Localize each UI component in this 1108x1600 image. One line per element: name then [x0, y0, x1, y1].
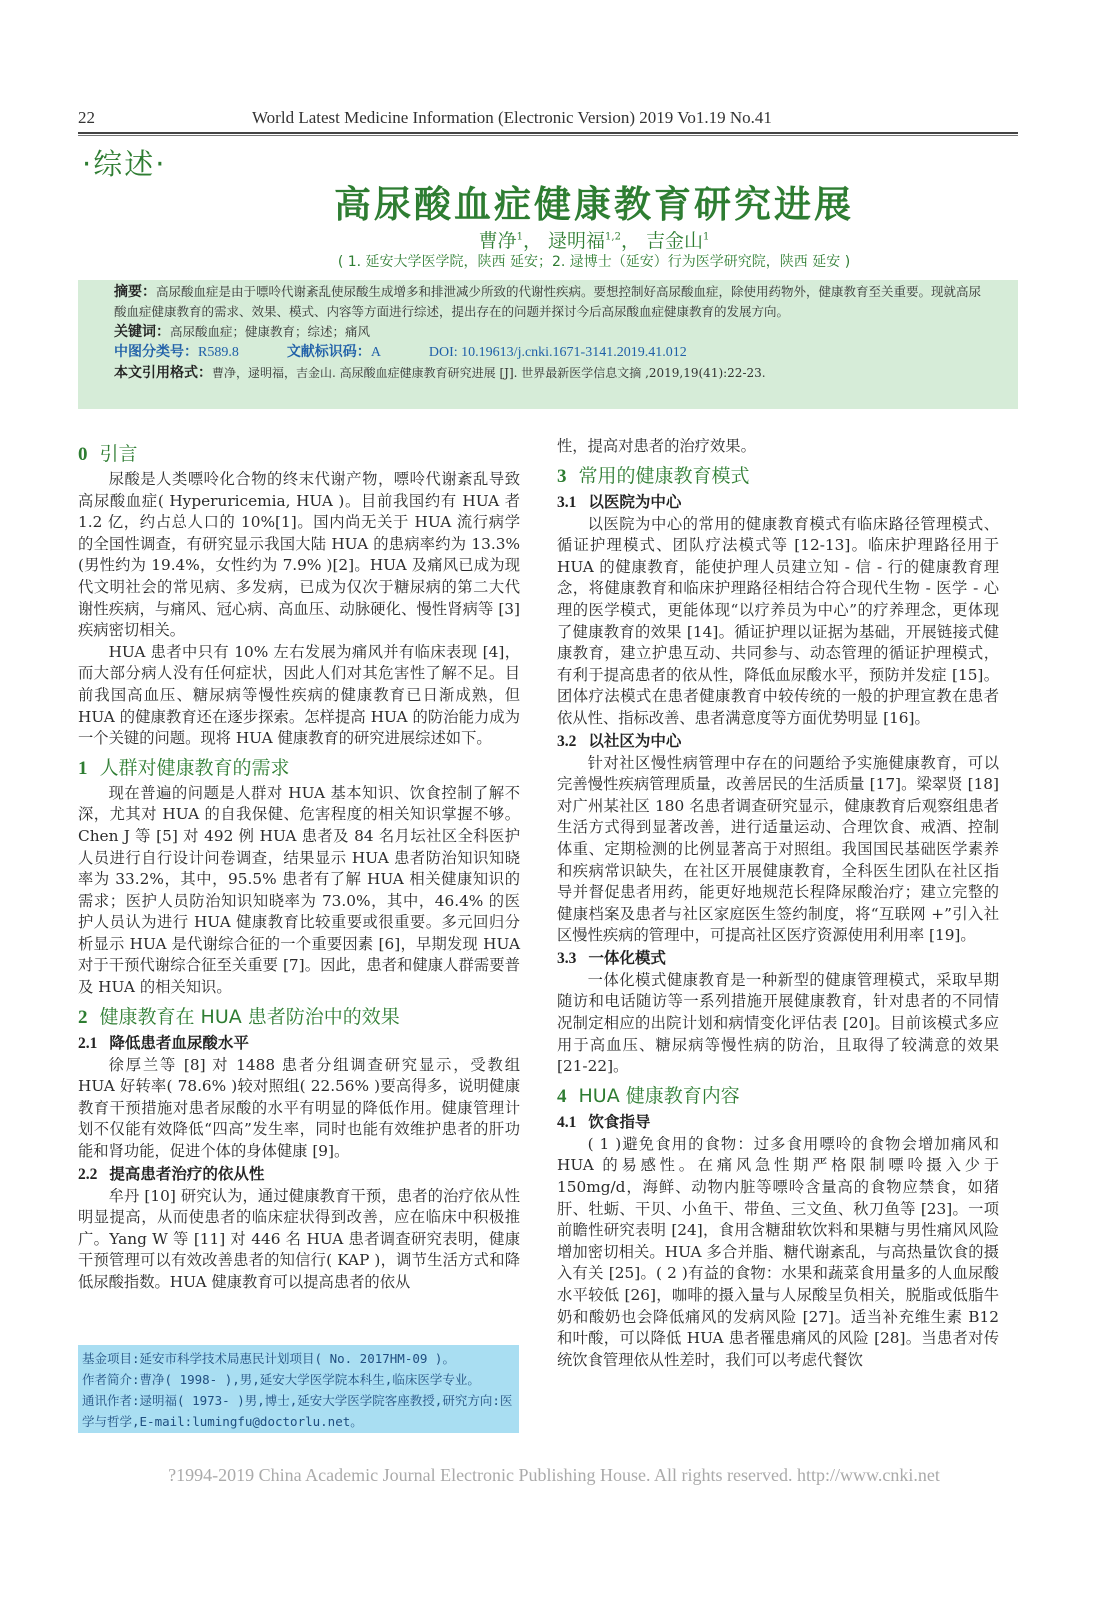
article-title: 高尿酸血症健康教育研究进展 [0, 174, 1108, 228]
citation-row: 本文引用格式：曹净，逯明福，吉金山. 高尿酸血症健康教育研究进展 [J]. 世界… [114, 363, 982, 383]
author-sup: 1 [703, 232, 709, 243]
abstract-text: 高尿酸血症是由于嘌呤代谢紊乱使尿酸生成增多和排泄减少所致的代谢性疾病。要想控制好… [114, 284, 981, 319]
subsection-heading: 2.2提高患者治疗的依从性 [78, 1163, 520, 1186]
section-number: 0 [78, 444, 88, 465]
subsection-heading: 3.1以医院为中心 [557, 491, 999, 514]
keywords-text: 高尿酸血症；健康教育；综述；痛风 [170, 324, 370, 339]
subsection-number: 4.1 [557, 1114, 576, 1131]
subsection-heading: 4.1饮食指导 [557, 1111, 999, 1134]
author-sup: 1 [517, 232, 523, 243]
subsection-title: 饮食指导 [588, 1113, 650, 1131]
section-heading: 0引言 [78, 441, 520, 468]
abstract-label: 摘要： [114, 284, 156, 300]
paragraph: 以医院为中心的常用的健康教育模式有临床路径管理模式、循证护理模式、团队疗法模式等… [557, 514, 999, 730]
keywords: 关键词：高尿酸血症；健康教育；综述；痛风 [114, 322, 982, 342]
section-heading: 2健康教育在 HUA 患者防治中的效果 [78, 1004, 520, 1031]
fund-info: 基金项目:延安市科学技术局惠民计划项目( No. 2017HM-09 )。 [82, 1348, 515, 1369]
copyright-footer: ?1994-2019 China Academic Journal Electr… [0, 1465, 1108, 1486]
section-number: 3 [557, 466, 567, 487]
subsection-number: 3.2 [557, 733, 576, 750]
doi: DOI: 10.19613/j.cnki.1671-3141.2019.41.0… [429, 345, 687, 360]
section-title: 健康教育在 HUA 患者防治中的效果 [100, 1006, 400, 1028]
section-title: 常用的健康教育模式 [579, 465, 750, 487]
section-heading: 3常用的健康教育模式 [557, 463, 999, 490]
subsection-heading: 3.2以社区为中心 [557, 730, 999, 753]
section-number: 4 [557, 1086, 567, 1107]
subsection-title: 降低患者血尿酸水平 [109, 1034, 249, 1052]
author-name: 逯明福 [548, 230, 605, 252]
citation-label: 本文引用格式： [114, 365, 212, 381]
authors: 曹净1， 逯明福1,2， 吉金山1 [0, 226, 1108, 253]
subsection-number: 3.3 [557, 950, 576, 967]
subsection-heading: 2.1降低患者血尿酸水平 [78, 1032, 520, 1055]
right-column: 性，提高对患者的治疗效果。 3常用的健康教育模式 3.1以医院为中心 以医院为中… [557, 436, 999, 1371]
subsection-number: 3.1 [557, 494, 576, 511]
subsection-number: 2.2 [78, 1166, 97, 1183]
section-title: 引言 [100, 443, 138, 465]
section-number: 1 [78, 758, 88, 779]
header-rule [78, 132, 1018, 136]
subsection-number: 2.1 [78, 1035, 97, 1052]
paragraph-continued: 性，提高对患者的治疗效果。 [557, 436, 999, 458]
citation-text: 曹净，逯明福，吉金山. 高尿酸血症健康教育研究进展 [J]. 世界最新医学信息文… [212, 366, 766, 380]
paragraph: ( 1 )避免食用的食物：过多食用嘌呤的食物会增加痛风和 HUA 的易感性。在痛… [557, 1134, 999, 1372]
paragraph: 一体化模式健康教育是一种新型的健康管理模式，采取早期随访和电话随访等一系列措施开… [557, 970, 999, 1078]
author-intro: 作者简介:曹净( 1998- ),男,延安大学医学院本科生,临床医学专业。 [82, 1369, 515, 1390]
clc-value: R589.8 [198, 345, 239, 360]
abstract-box: 摘要：高尿酸血症是由于嘌呤代谢紊乱使尿酸生成增多和排泄减少所致的代谢性疾病。要想… [78, 280, 1018, 409]
section-title: 人群对健康教育的需求 [100, 757, 290, 779]
subsection-title: 以社区为中心 [588, 732, 681, 750]
affiliations: ( 1. 延安大学医学院，陕西 延安；2. 逯博士（延安）行为医学研究院，陕西 … [0, 251, 1108, 271]
author-sup: 1,2 [605, 232, 621, 243]
funding-box: 基金项目:延安市科学技术局惠民计划项目( No. 2017HM-09 )。 作者… [78, 1345, 519, 1433]
subsection-title: 提高患者治疗的依从性 [109, 1165, 264, 1183]
subsection-title: 以医院为中心 [588, 493, 681, 511]
subsection-heading: 3.3一体化模式 [557, 947, 999, 970]
doc-code-label: 文献标识码： [287, 344, 371, 360]
paragraph: 牟丹 [10] 研究认为，通过健康教育干预，患者的治疗依从性明显提高，从而使患者… [78, 1186, 520, 1294]
author-name: 曹净 [479, 230, 517, 252]
paragraph: 现在普遍的问题是人群对 HUA 基本知识、饮食控制了解不深，尤其对 HUA 的自… [78, 783, 520, 999]
author-name: 吉金山 [646, 230, 703, 252]
keywords-label: 关键词： [114, 324, 170, 340]
subsection-title: 一体化模式 [588, 949, 666, 967]
section-title: HUA 健康教育内容 [579, 1085, 740, 1107]
doc-code-value: A [371, 345, 381, 360]
journal-header: World Latest Medicine Information (Elect… [252, 108, 772, 128]
corresponding-author: 通讯作者:逯明福( 1973- )男,博士,延安大学医学院客座教授,研究方向:医… [82, 1390, 515, 1432]
paragraph: 尿酸是人类嘌呤化合物的终末代谢产物，嘌呤代谢紊乱导致高尿酸血症( Hyperur… [78, 469, 520, 642]
abstract: 摘要：高尿酸血症是由于嘌呤代谢紊乱使尿酸生成增多和排泄减少所致的代谢性疾病。要想… [114, 282, 982, 322]
left-column: 0引言 尿酸是人类嘌呤化合物的终末代谢产物，嘌呤代谢紊乱导致高尿酸血症( Hyp… [78, 436, 520, 1294]
clc-label: 中图分类号： [114, 344, 198, 360]
paragraph: 徐厚兰等 [8] 对 1488 患者分组调查研究显示，受教组 HUA 好转率( … [78, 1055, 520, 1163]
classification-row: 中图分类号：R589.8 文献标识码：A DOI: 10.19613/j.cnk… [114, 342, 982, 363]
page-number: 22 [78, 108, 95, 128]
paragraph: 针对社区慢性病管理中存在的问题给予实施健康教育，可以完善慢性疾病管理质量，改善居… [557, 753, 999, 947]
section-heading: 1人群对健康教育的需求 [78, 755, 520, 782]
section-number: 2 [78, 1007, 88, 1028]
section-heading: 4HUA 健康教育内容 [557, 1083, 999, 1110]
paragraph: HUA 患者中只有 10% 左右发展为痛风并有临床表现 [4]，而大部分病人没有… [78, 642, 520, 750]
